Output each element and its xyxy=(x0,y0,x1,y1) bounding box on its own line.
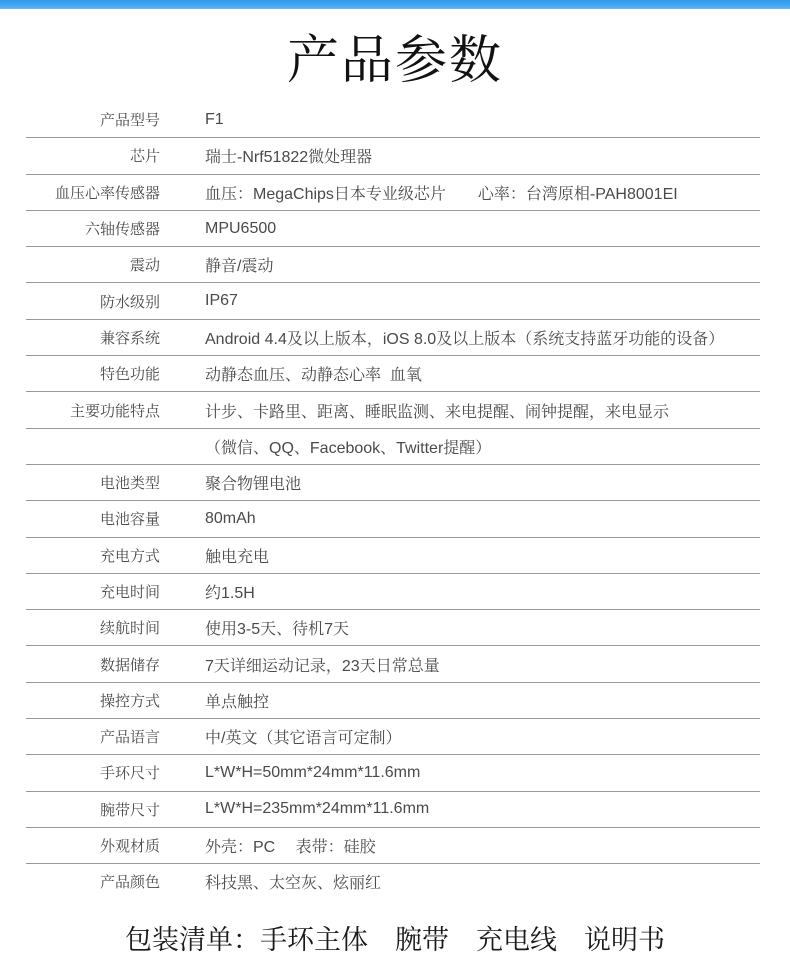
spec-row-value: 动静态血压、动静态心率 血氧 xyxy=(205,362,422,385)
spec-row: 续航时间 使用3-5天、待机7天 xyxy=(26,610,760,646)
spec-row-label: 兼容系统 xyxy=(26,327,160,348)
spec-row-label: 特色功能 xyxy=(26,363,160,384)
spec-row: 兼容系统 Android 4.4及以上版本，iOS 8.0及以上版本（系统支持蓝… xyxy=(26,320,760,356)
spec-row-value: F1 xyxy=(205,111,224,129)
spec-row-label: 续航时间 xyxy=(26,617,160,638)
spec-row-value: 80mAh xyxy=(205,510,256,528)
spec-row-value: MPU6500 xyxy=(205,220,276,238)
spec-row-value: 约1.5H xyxy=(205,580,255,603)
spec-row-label: 电池容量 xyxy=(26,508,160,529)
spec-row-label: 主要功能特点 xyxy=(26,400,160,421)
spec-row: 防水级别 IP67 xyxy=(26,283,760,319)
spec-row-value: 计步、卡路里、距离、睡眠监测、来电提醒、闹钟提醒，来电显示 xyxy=(205,399,669,422)
spec-row: 产品颜色 科技黑、太空灰、炫丽红 xyxy=(26,864,760,899)
spec-row-label: 充电时间 xyxy=(26,581,160,602)
packing-list: 包装清单：手环主体 腕带 充电线 说明书 xyxy=(0,925,790,955)
spec-row-label: 操控方式 xyxy=(26,690,160,711)
spec-row-value: L*W*H=50mm*24mm*11.6mm xyxy=(205,764,420,782)
spec-row-value: IP67 xyxy=(205,292,238,310)
spec-row-label: 芯片 xyxy=(26,145,160,166)
spec-row-label: 血压心率传感器 xyxy=(26,182,160,203)
spec-row-value: 聚合物锂电池 xyxy=(205,471,301,494)
spec-row-label: 六轴传感器 xyxy=(26,218,160,239)
spec-row: 充电时间 约1.5H xyxy=(26,574,760,610)
spec-row: 血压心率传感器 血压：MegaChips日本专业级芯片 心率：台湾原相-PAH8… xyxy=(26,175,760,211)
spec-table: 产品型号 F1 芯片 瑞士-Nrf51822微处理器 血压心率传感器 血压：Me… xyxy=(26,102,760,900)
spec-row: 芯片 瑞士-Nrf51822微处理器 xyxy=(26,138,760,174)
spec-row: 震动 静音/震动 xyxy=(26,247,760,283)
spec-row-label: 震动 xyxy=(26,254,160,275)
spec-row-label: 防水级别 xyxy=(26,291,160,312)
spec-row: 数据储存 7天详细运动记录，23天日常总量 xyxy=(26,646,760,682)
spec-row: 电池类型 聚合物锂电池 xyxy=(26,465,760,501)
spec-row-value: 静音/震动 xyxy=(205,253,273,276)
spec-row-label: 手环尺寸 xyxy=(26,762,160,783)
spec-row-label: 产品型号 xyxy=(26,109,160,130)
spec-row-label: 数据储存 xyxy=(26,654,160,675)
spec-row: 手环尺寸 L*W*H=50mm*24mm*11.6mm xyxy=(26,755,760,791)
spec-row-label: 腕带尺寸 xyxy=(26,799,160,820)
spec-row: 操控方式 单点触控 xyxy=(26,683,760,719)
spec-row: 产品型号 F1 xyxy=(26,102,760,138)
spec-row: 充电方式 触电充电 xyxy=(26,538,760,574)
spec-row-value: 外壳：PC 表带：硅胶 xyxy=(205,834,376,857)
spec-row-value: 触电充电 xyxy=(205,544,269,567)
spec-row-label: 电池类型 xyxy=(26,472,160,493)
spec-row-value: 血压：MegaChips日本专业级芯片 心率：台湾原相-PAH8001EI xyxy=(205,181,678,204)
spec-row-value: 7天详细运动记录，23天日常总量 xyxy=(205,653,440,676)
spec-row: 主要功能特点 计步、卡路里、距离、睡眠监测、来电提醒、闹钟提醒，来电显示 xyxy=(26,392,760,428)
spec-row-value: 使用3-5天、待机7天 xyxy=(205,616,349,639)
spec-row-value: （微信、QQ、Facebook、Twitter提醒） xyxy=(205,435,491,458)
spec-row: 特色功能 动静态血压、动静态心率 血氧 xyxy=(26,356,760,392)
spec-row-value: 科技黑、太空灰、炫丽红 xyxy=(205,870,381,893)
spec-row: 六轴传感器 MPU6500 xyxy=(26,211,760,247)
top-accent-bar xyxy=(0,0,790,9)
spec-row: 外观材质 外壳：PC 表带：硅胶 xyxy=(26,828,760,864)
spec-row-label: 产品颜色 xyxy=(26,871,160,892)
spec-row-value: 瑞士-Nrf51822微处理器 xyxy=(205,144,372,167)
spec-row-label: 充电方式 xyxy=(26,545,160,566)
spec-row: 腕带尺寸 L*W*H=235mm*24mm*11.6mm xyxy=(26,792,760,828)
page-title: 产品参数 xyxy=(0,35,790,87)
spec-row: 产品语言 中/英文（其它语言可定制） xyxy=(26,719,760,755)
spec-row-label: 产品语言 xyxy=(26,726,160,747)
spec-row-value: L*W*H=235mm*24mm*11.6mm xyxy=(205,800,429,818)
spec-row-value: 中/英文（其它语言可定制） xyxy=(205,725,401,748)
spec-row: 电池容量 80mAh xyxy=(26,501,760,537)
spec-row: （微信、QQ、Facebook、Twitter提醒） xyxy=(26,429,760,465)
spec-row-value: 单点触控 xyxy=(205,689,269,712)
spec-row-label: 外观材质 xyxy=(26,835,160,856)
spec-row-value: Android 4.4及以上版本，iOS 8.0及以上版本（系统支持蓝牙功能的设… xyxy=(205,326,724,349)
